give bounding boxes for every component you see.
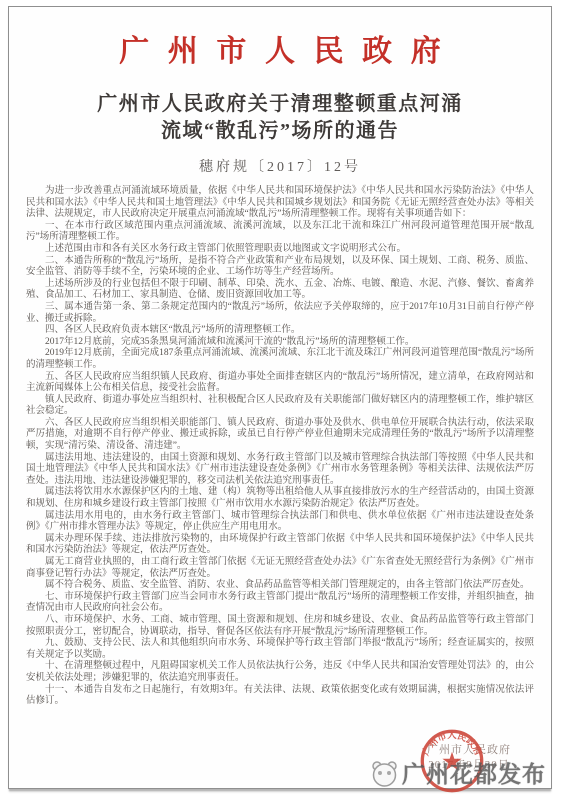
watermark: 广州花都发布 <box>368 756 546 789</box>
body-paragraph: 七、市环境保护行政主管部门应当会同市水务行政主管部门提出“散乱污”场所的清理整顿… <box>26 592 534 615</box>
body-paragraph: 为进一步改善重点河涌流域环境质量，依据《中华人民共和国环境保护法》《中华人民共和… <box>26 186 534 221</box>
body-paragraph: 九、鼓励、支持公民、法人和其他组织向市水务、环境保护等行政主管部门举报“散乱污”… <box>26 638 534 661</box>
body-paragraph: 属违法用水用电的，由水务行政主管部门、城市管理综合执法部门和供电、供水单位依据《… <box>26 511 534 534</box>
body-paragraph: 属违法将饮用水水源保护区内的土地、建（构）筑物等出租给他人从事直接排放污水的生产… <box>26 487 534 510</box>
body-paragraph: 镇人民政府、街道办事处应当组织村、社积极配合区人民政府及有关职能部门做好辖区内的… <box>26 395 534 418</box>
body-paragraph: 十、在清理整顿过程中，凡阻碍国家机关工作人员依法执行公务，违反《中华人民共和国治… <box>26 661 534 684</box>
body-paragraph: 六、各区人民政府应当组织相关职能部门、镇人民政府、街道办事处及供水、供电单位开展… <box>26 418 534 453</box>
body-paragraph: 五、各区人民政府应当组织镇人民政府、街道办事处全面排查辖区内的“散乱污”场所情况… <box>26 372 534 395</box>
body-paragraph: 十一、本通告自发布之日起施行，有效期3年。有关法律、法规、政策依据变化或有效期届… <box>26 685 534 708</box>
body-paragraph: 属不符合税务、质监、安全监管、消防、农业、食品药品监管等相关部门管理规定的，由各… <box>26 580 534 592</box>
body-paragraph: 2017年12月底前，完成35条黑臭河涌流域和流溪河干流的“散乱污”场所的清理整… <box>26 337 534 349</box>
org-title: 广州市人民政府 <box>9 26 551 70</box>
body-paragraph: 八、市环境保护、水务、工商、城市管理、国土资源和规划、住房和城乡建设、农业、食品… <box>26 615 534 638</box>
body-paragraph: 上述范围由市和各有关区水务行政主管部门依照管理职责以地图或文字说明形式公布。 <box>26 244 534 256</box>
document-body: 为进一步改善重点河涌流域环境质量，依据《中华人民共和国环境保护法》《中华人民共和… <box>9 186 551 708</box>
body-paragraph: 四、各区人民政府负责本辖区“散乱污”场所的清理整顿工作。 <box>26 325 534 337</box>
body-paragraph: 一、在本市行政区域范围内重点河涌流域、流溪河流域，以及东江北干流和珠江广州河段河… <box>26 221 534 244</box>
doc-number: 穗府规〔2017〕12号 <box>9 156 551 176</box>
body-paragraph: 属未办理环保手续、违法排放污染物的，由环境保护行政主管部门依据《中华人民共和国环… <box>26 534 534 557</box>
watermark-text: 广州花都发布 <box>402 756 546 789</box>
body-paragraph: 2019年12月底前，全面完成187条重点河涌流域、流溪河流域、东江北干流及珠江… <box>26 348 534 371</box>
doc-title: 广州市人民政府关于清理整顿重点河涌 流域“散乱污”场所的通告 <box>9 91 551 145</box>
watermark-logo-icon <box>368 757 400 789</box>
body-paragraph: 属违法用地、违法建设的，由国土资源和规划、水务行政主管部门以及城市管理综合执法部… <box>26 453 534 488</box>
doc-title-line1: 广州市人民政府关于清理整顿重点河涌 <box>9 91 551 118</box>
body-paragraph: 三、属本通告第一条、第二条规定范围内的“散乱污”场所，依法应予关停取缔的，应于2… <box>26 302 534 325</box>
document-page: 广州市人民政府 广州市人民政府关于清理整顿重点河涌 流域“散乱污”场所的通告 穗… <box>8 6 552 789</box>
body-paragraph: 上述场所涉及的行业包括但不限于印刷、制革、印染、洗水、五金、冶炼、电镀、酿造、水… <box>26 279 534 302</box>
body-paragraph: 二、本通告所称的“散乱污”场所，是指不符合产业政策和产业布局规划，以及环保、国土… <box>26 256 534 279</box>
body-paragraph: 属无工商营业执照的，由工商行政主管部门依据《无证无照经营查处办法》《广东省查处无… <box>26 557 534 580</box>
doc-title-line2: 流域“散乱污”场所的通告 <box>9 118 551 145</box>
